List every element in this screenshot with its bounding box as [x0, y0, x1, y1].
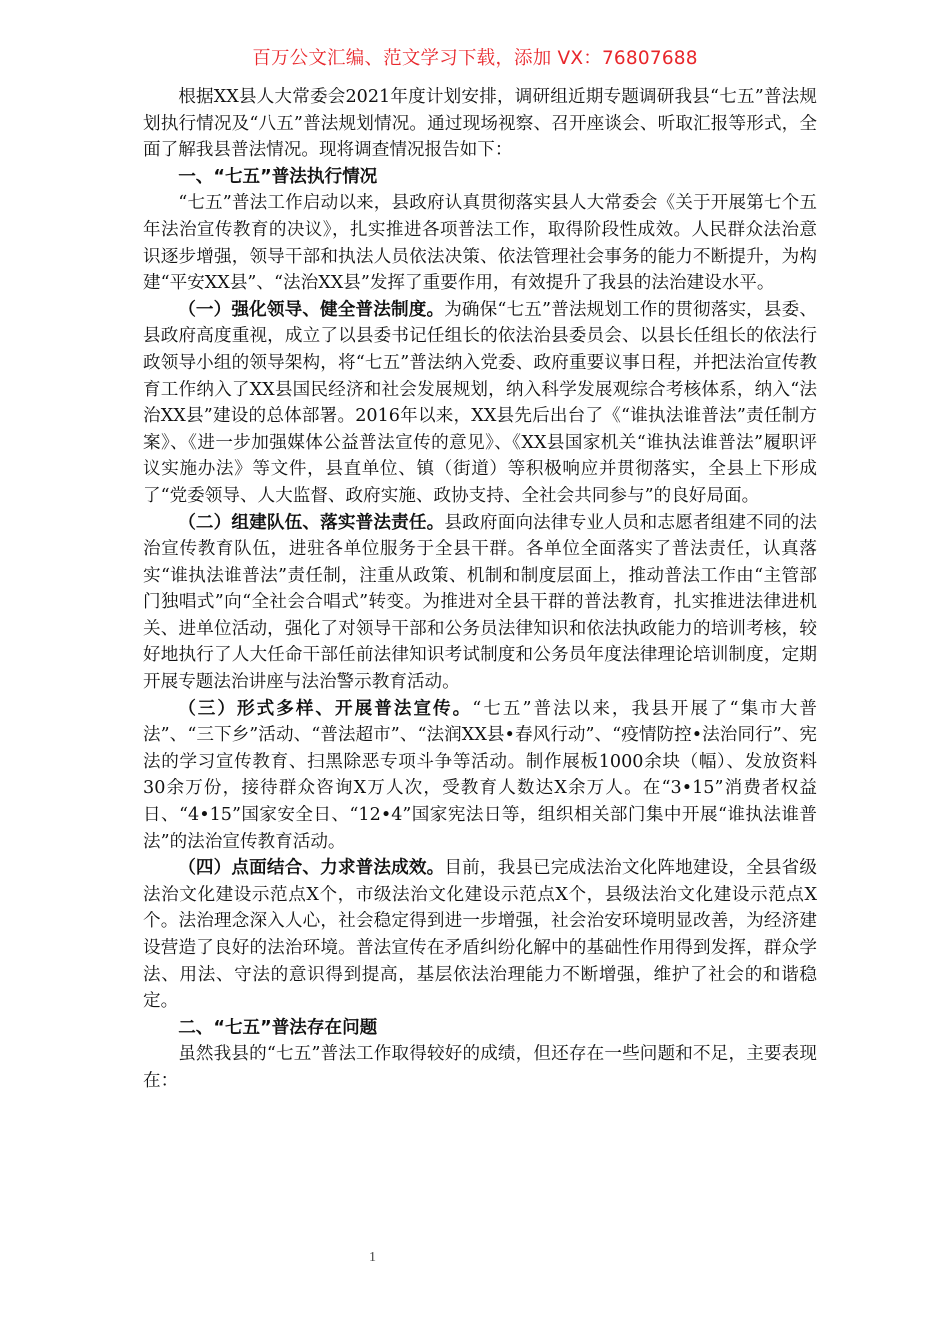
- page-number: 1: [0, 1250, 745, 1266]
- document-body: 根据XX县人大常委会2021年度计划安排，调研组近期专题调研我县“七五”普法规划…: [143, 84, 817, 1095]
- intro-paragraph: 根据XX县人大常委会2021年度计划安排，调研组近期专题调研我县“七五”普法规划…: [143, 84, 817, 164]
- document-page: 百万公文汇编、范文学习下载，添加 VX：76807688 根据XX县人大常委会2…: [0, 0, 950, 1344]
- section-2-paragraph: 虽然我县的“七五”普法工作取得较好的成绩，但还存在一些问题和不足，主要表现在：: [143, 1041, 817, 1094]
- subsection-3-title: （三）形式多样、开展普法宣传。: [178, 699, 472, 719]
- section-heading-1: 一、“七五”普法执行情况: [143, 164, 817, 191]
- subsection-3-paragraph: （三）形式多样、开展普法宣传。“七五”普法以来，我县开展了“集市大普法”、“三下…: [143, 696, 817, 856]
- subsection-4-text: 目前，我县已完成法治文化阵地建设，全县省级法治文化建设示范点X个，市级法治文化建…: [143, 858, 817, 1011]
- subsection-3-text: “七五”普法以来，我县开展了“集市大普法”、“三下乡”活动、“普法超市”、“法润…: [143, 699, 817, 852]
- section-1-paragraph: “七五”普法工作启动以来，县政府认真贯彻落实县人大常委会《关于开展第七个五年法治…: [143, 190, 817, 296]
- watermark-banner: 百万公文汇编、范文学习下载，添加 VX：76807688: [0, 46, 950, 72]
- subsection-2-title: （二）组建队伍、落实普法责任。: [178, 513, 444, 533]
- subsection-2-text: 县政府面向法律专业人员和志愿者组建不同的法治宣传教育队伍，进驻各单位服务于全县干…: [143, 513, 817, 693]
- section-heading-2: 二、“七五”普法存在问题: [143, 1015, 817, 1042]
- subsection-4-paragraph: （四）点面结合、力求普法成效。目前，我县已完成法治文化阵地建设，全县省级法治文化…: [143, 855, 817, 1015]
- subsection-1-title: （一）强化领导、健全普法制度。: [178, 300, 444, 320]
- subsection-1-paragraph: （一）强化领导、健全普法制度。为确保“七五”普法规划工作的贯彻落实，县委、县政府…: [143, 297, 817, 510]
- subsection-2-paragraph: （二）组建队伍、落实普法责任。县政府面向法律专业人员和志愿者组建不同的法治宣传教…: [143, 510, 817, 696]
- subsection-1-text: 为确保“七五”普法规划工作的贯彻落实，县委、县政府高度重视，成立了以县委书记任组…: [143, 300, 817, 506]
- subsection-4-title: （四）点面结合、力求普法成效。: [178, 858, 444, 878]
